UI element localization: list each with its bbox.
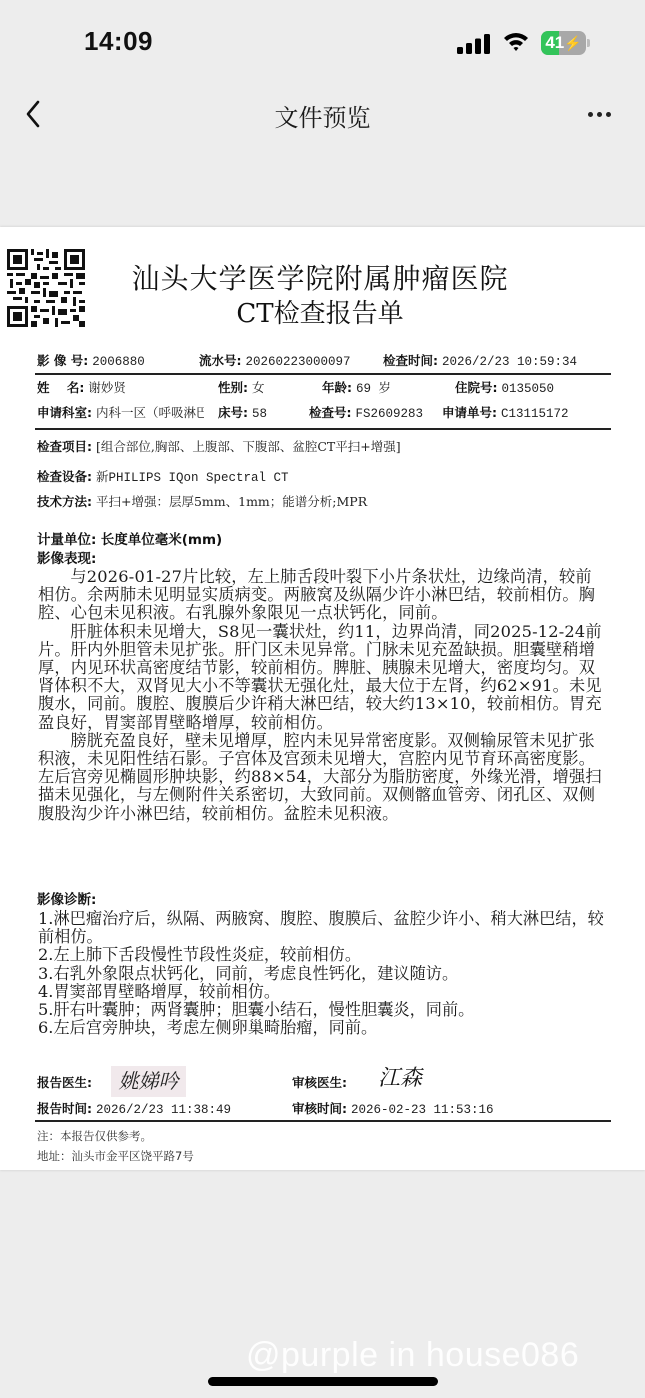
- findings-heading: 影像表现:: [37, 547, 96, 567]
- exam-device-field: 检查设备: 新PHILIPS IQon Spectral CT: [37, 467, 289, 485]
- diagnosis-item: 2.左上肺下舌段慢性节段性炎症，较前相仿。: [38, 946, 608, 964]
- request-no-field: 申请单号: C13115172: [442, 403, 569, 421]
- inpatient-no-field: 住院号: 0135050: [455, 378, 554, 396]
- diagnosis-item: 5.肝右叶囊肿；两肾囊肿；胆囊小结石，慢性胆囊炎，同前。: [38, 1001, 608, 1019]
- patient-name-field: 姓 名: 谢妙贤: [37, 378, 126, 396]
- department-label: 申请科室:: [37, 405, 92, 420]
- serial-no-field: 流水号: 20260223000097: [199, 351, 351, 369]
- inpatient-no-label: 住院号:: [455, 380, 498, 395]
- unit-label: 计量单位:: [37, 532, 96, 548]
- divider: [35, 373, 611, 375]
- exam-device-label: 检查设备:: [37, 469, 92, 484]
- unit-field: 计量单位: 长度单位毫米(mm): [37, 528, 222, 548]
- findings-paragraph-pelvis: 膀胱充盈良好，壁未见增厚，腔内未见异常密度影。双侧输尿管未见扩张积液，未见阳性结…: [38, 732, 604, 823]
- patient-name-label: 姓 名:: [37, 380, 84, 395]
- review-time-label: 审核时间:: [292, 1101, 347, 1116]
- report-note: 注：本报告仅供参考。: [37, 1128, 152, 1144]
- cellular-signal-icon: [457, 34, 491, 54]
- findings-text: 与2026-01-27片比较，左上肺舌段叶裂下小片条状灶，边缘尚清，较前相仿。余…: [38, 568, 604, 823]
- exam-method-field: 技术方法: 平扫+增强：层厚5mm、1mm；能谱分析;MPR: [37, 492, 367, 510]
- age-field: 年龄: 69 岁: [322, 378, 391, 396]
- exam-time-field: 检查时间: 2026/2/23 10:59:34: [383, 351, 577, 369]
- age-label: 年龄:: [322, 380, 352, 395]
- review-time-field: 审核时间: 2026-02-23 11:53:16: [292, 1099, 494, 1117]
- department-field: 申请科室: 内科一区（呼吸淋巴: [37, 403, 204, 421]
- exam-method-value: 平扫+增强：层厚5mm、1mm；能谱分析;MPR: [96, 494, 367, 509]
- exam-item-label: 检查项目:: [37, 439, 92, 454]
- image-no-label: 影 像 号:: [37, 353, 88, 368]
- status-time: 14:09: [84, 26, 153, 57]
- exam-item-value: [组合部位,胸部、上腹部、下腹部、盆腔CT平扫+增强]: [96, 439, 401, 454]
- request-no-value: C13115172: [501, 407, 569, 421]
- report-time-field: 报告时间: 2026/2/23 11:38:49: [37, 1099, 231, 1117]
- unit-value: 长度单位毫米(mm): [101, 532, 222, 548]
- exam-time-label: 检查时间:: [383, 353, 438, 368]
- diagnosis-item: 3.右乳外象限点状钙化，同前，考虑良性钙化，建议随访。: [38, 965, 608, 983]
- exam-method-label: 技术方法:: [37, 494, 92, 509]
- divider: [35, 1120, 611, 1122]
- ct-report: 汕头大学医学院附属肿瘤医院 CT检查报告单 影 像 号: 2006880 流水号…: [0, 227, 645, 1170]
- report-time-value: 2026/2/23 11:38:49: [96, 1103, 231, 1117]
- more-icon[interactable]: [586, 102, 620, 126]
- sex-label: 性别:: [218, 380, 248, 395]
- image-no-field: 影 像 号: 2006880: [37, 351, 145, 369]
- serial-no-label: 流水号:: [199, 353, 242, 368]
- battery-nub: [587, 39, 590, 47]
- serial-no-value: 20260223000097: [245, 355, 350, 369]
- review-doctor-signature: 江森: [378, 1061, 448, 1095]
- diagnosis-heading: 影像诊断:: [37, 888, 96, 908]
- page-title: 文件预览: [0, 98, 645, 133]
- bed-value: 58: [252, 407, 267, 421]
- age-value: 69 岁: [356, 382, 391, 396]
- report-doctor-signature: 姚娣吟: [111, 1066, 186, 1097]
- divider: [35, 428, 611, 430]
- review-doctor-field: 审核医生:: [292, 1073, 347, 1091]
- exam-no-label: 检查号:: [309, 405, 352, 420]
- qr-code-icon: [7, 249, 85, 327]
- exam-no-value: FS2609283: [355, 407, 423, 421]
- hospital-address: 地址：汕头市金平区饶平路7号: [37, 1148, 194, 1164]
- image-no-value: 2006880: [92, 355, 145, 369]
- exam-item-field: 检查项目: [组合部位,胸部、上腹部、下腹部、盆腔CT平扫+增强]: [37, 437, 401, 455]
- findings-paragraph-abdomen: 肝脏体积未见增大，S8见一囊状灶，约11，边界尚清，同2025-12-24前片。…: [38, 623, 604, 732]
- department-value: 内科一区（呼吸淋巴: [96, 403, 204, 421]
- report-doctor-field: 报告医生:: [37, 1073, 92, 1091]
- sex-value: 女: [252, 382, 265, 396]
- review-doctor-label: 审核医生:: [292, 1075, 347, 1090]
- review-time-value: 2026-02-23 11:53:16: [351, 1103, 494, 1117]
- status-bar: 14:09 41⚡: [0, 0, 645, 80]
- exam-time-value: 2026/2/23 10:59:34: [442, 355, 577, 369]
- patient-name-value: 谢妙贤: [88, 382, 126, 396]
- sex-field: 性别: 女: [218, 378, 265, 396]
- home-indicator[interactable]: [208, 1377, 438, 1386]
- bed-field: 床号: 58: [218, 403, 267, 421]
- findings-paragraph-chest: 与2026-01-27片比较，左上肺舌段叶裂下小片条状灶，边缘尚清，较前相仿。余…: [38, 568, 604, 623]
- document-page[interactable]: 汕头大学医学院附属肿瘤医院 CT检查报告单 影 像 号: 2006880 流水号…: [0, 227, 645, 1170]
- nav-bar: 文件预览: [0, 86, 645, 142]
- report-title: CT检查报告单: [100, 293, 540, 330]
- battery-charging-icon: 41⚡: [541, 31, 586, 55]
- report-time-label: 报告时间:: [37, 1101, 92, 1116]
- report-doctor-label: 报告医生:: [37, 1075, 92, 1090]
- diagnosis-list: 1.淋巴瘤治疗后，纵隔、两腋窝、腹腔、腹膜后、盆腔少许小、稍大淋巴结，较前相仿。…: [38, 910, 608, 1037]
- battery-level: 41: [545, 33, 564, 52]
- diagnosis-item: 6.左后宫旁肿块，考虑左侧卵巢畸胎瘤，同前。: [38, 1019, 608, 1037]
- diagnosis-item: 4.胃窦部胃壁略增厚，较前相仿。: [38, 983, 608, 1001]
- bed-label: 床号:: [218, 405, 248, 420]
- exam-no-field: 检查号: FS2609283: [309, 403, 423, 421]
- wifi-icon: [503, 31, 529, 53]
- watermark: @purple in house086: [246, 1336, 579, 1375]
- hospital-name: 汕头大学医学院附属肿瘤医院: [100, 257, 540, 297]
- exam-device-value: 新PHILIPS IQon Spectral CT: [96, 471, 289, 485]
- inpatient-no-value: 0135050: [501, 382, 554, 396]
- request-no-label: 申请单号:: [442, 405, 497, 420]
- diagnosis-item: 1.淋巴瘤治疗后，纵隔、两腋窝、腹腔、腹膜后、盆腔少许小、稍大淋巴结，较前相仿。: [38, 910, 608, 946]
